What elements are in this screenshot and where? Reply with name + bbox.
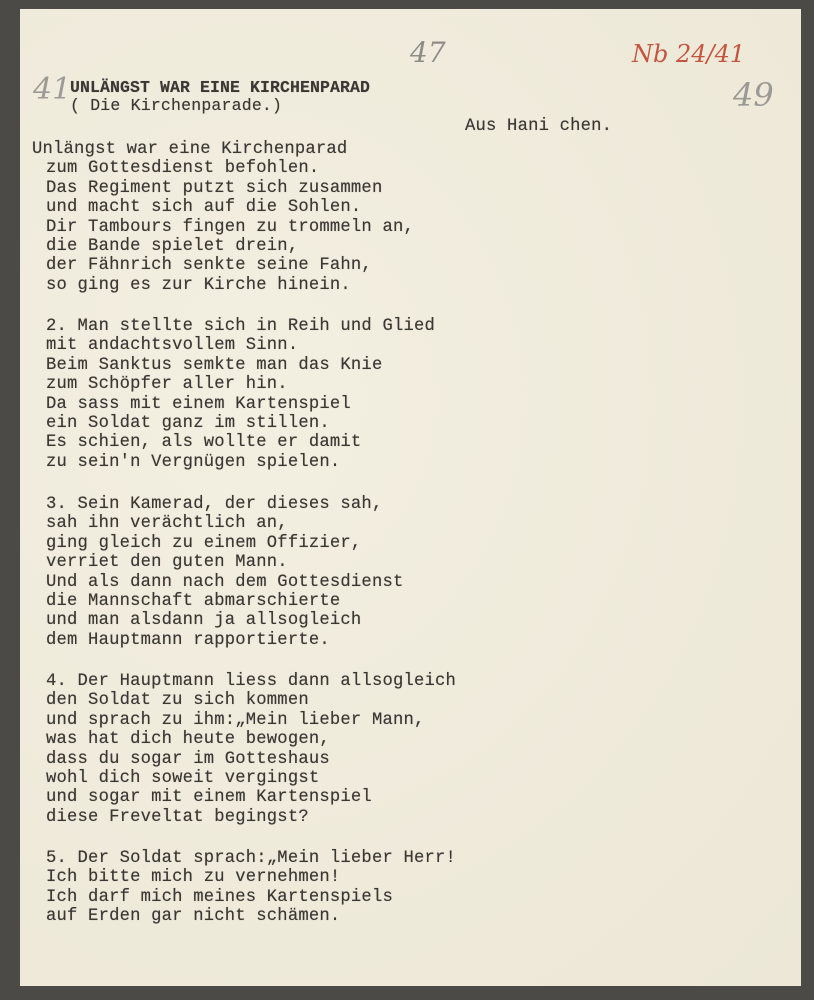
lyric-line: die Mannschaft abmarschierte [32,592,403,611]
lyric-line: ging gleich zu einem Offizier, [32,534,403,553]
lyric-line: und man alsdann ja allsogleich [32,611,403,630]
stanza-1: Unlängst war eine Kirchenparadzum Gottes… [32,140,414,295]
lyric-line: Das Regiment putzt sich zusammen [32,179,414,198]
song-subtitle: ( Die Kirchenparade.) [70,96,282,115]
stanza-4: 4. Der Hauptmann liess dann allsogleichd… [32,672,456,827]
stanza-3: 3. Sein Kamerad, der dieses sah,sah ihn … [32,495,403,650]
lyric-line: und sogar mit einem Kartenspiel [32,788,456,807]
lyric-line: zum Gottesdienst befohlen. [32,159,414,178]
lyric-line: Da sass mit einem Kartenspiel [32,395,435,414]
lyric-line: dem Hauptmann rapportierte. [32,631,403,650]
song-origin: Aus Hani chen. [465,117,612,136]
lyric-line: und macht sich auf die Sohlen. [32,198,414,217]
lyric-line: dass du sogar im Gotteshaus [32,750,456,769]
lyric-line: so ging es zur Kirche hinein. [32,276,414,295]
lyric-line: 3. Sein Kamerad, der dieses sah, [32,495,403,514]
lyric-line: verriet den guten Mann. [32,553,403,572]
lyric-line: 2. Man stellte sich in Reih und Glied [32,317,435,336]
lyric-line: Ich bitte mich zu vernehmen! [32,868,456,887]
lyric-line: Beim Sanktus semkte man das Knie [32,356,435,375]
lyric-line: der Fähnrich senkte seine Fahn, [32,256,414,275]
pencil-number-left: 41 [33,72,71,107]
pencil-page-number: 47 [410,36,446,69]
lyric-line: Unlängst war eine Kirchenparad [32,140,414,159]
lyric-line: die Bande spielet drein, [32,237,414,256]
lyric-line: 5. Der Soldat sprach:„Mein lieber Herr! [32,849,456,868]
lyric-line: Dir Tambours fingen zu trommeln an, [32,218,414,237]
lyric-line: 4. Der Hauptmann liess dann allsogleich [32,672,456,691]
pencil-number-right: 49 [733,76,774,114]
lyric-line: Und als dann nach dem Gottesdienst [32,573,403,592]
red-archive-reference: Nb 24/41 [632,40,745,68]
lyric-line: Ich darf mich meines Kartenspiels [32,888,456,907]
lyric-line: zum Schöpfer aller hin. [32,375,435,394]
lyric-line: Es schien, als wollte er damit [32,433,435,452]
lyric-line: und sprach zu ihm:„Mein lieber Mann, [32,711,456,730]
stanza-2: 2. Man stellte sich in Reih und Gliedmit… [32,317,435,472]
lyric-line: was hat dich heute bewogen, [32,730,456,749]
lyric-line: zu sein'n Vergnügen spielen. [32,453,435,472]
lyric-line: auf Erden gar nicht schämen. [32,907,456,926]
lyric-line: wohl dich soweit vergingst [32,769,456,788]
lyric-line: ein Soldat ganz im stillen. [32,414,435,433]
lyric-line: sah ihn verächtlich an, [32,514,403,533]
stanza-5: 5. Der Soldat sprach:„Mein lieber Herr!I… [32,849,456,927]
lyric-line: diese Freveltat begingst? [32,808,456,827]
lyric-line: den Soldat zu sich kommen [32,691,456,710]
lyric-line: mit andachtsvollem Sinn. [32,336,435,355]
song-title: UNLÄNGST WAR EINE KIRCHENPARAD [70,78,370,97]
